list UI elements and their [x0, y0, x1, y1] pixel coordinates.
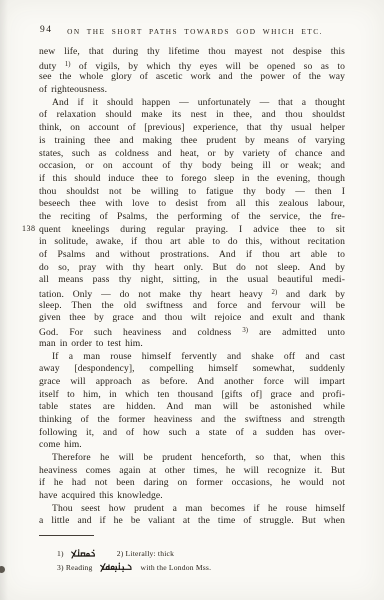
text-line: Thou seest how prudent a man becomes if … [39, 503, 345, 516]
text-line: sleep. Then the old swiftness and force … [39, 300, 345, 313]
footnote-text: with the London Mss. [141, 563, 212, 572]
text-line: of righteousness. [39, 84, 345, 97]
footnote-row: 1)2) Literally: thick [57, 543, 347, 558]
text-line: occasion, or on account of thy body bein… [39, 160, 345, 173]
text-line: thou shouldst not be willing to fatigue … [39, 186, 345, 199]
text-line: new life, that during thy lifetime thou … [39, 46, 345, 59]
page-edge-shadow [0, 0, 8, 600]
text-line: heaviness comes again at other times, he… [39, 465, 345, 478]
text-line: Therefore he will be prudent henceforth,… [39, 452, 345, 465]
footnote-text: 2) Literally: thick [117, 549, 174, 558]
text-line: quent kneelings during regular praying. … [39, 224, 345, 237]
footnote-text: 3) Reading [57, 563, 93, 572]
body-text: new life, that during thy lifetime thou … [39, 46, 345, 528]
book-page: 94 ON THE SHORT PATHS TOWARDS GOD WHICH … [0, 0, 384, 600]
text-line: away [despondency], compelling himself s… [39, 363, 345, 376]
text-line: itself to him, in which ten thousand [gi… [39, 389, 345, 402]
text-line: is training thee and making thee prudent… [39, 135, 345, 148]
text-line: following it, and of how such a state of… [39, 427, 345, 440]
text-line: thinking of the former heaviness and the… [39, 414, 345, 427]
text-line: given thee by grace and thou wilt rejoic… [39, 312, 345, 325]
text-line: duty 1) of vigils, by which thy eyes wil… [39, 59, 345, 72]
footnote-rule [39, 535, 94, 536]
text-line: table states are hidden. And man will be… [39, 401, 345, 414]
text-line: grace will approach as before. And anoth… [39, 376, 345, 389]
text-line: if this should induce thee to forego sle… [39, 173, 345, 186]
footnote-text: 1) [57, 549, 64, 558]
text-line: in solitude, awake, if thou art able to … [39, 236, 345, 249]
text-line: And if it should happen — unfortunately … [39, 97, 345, 110]
text-line: the reciting of Psalms, the performing o… [39, 211, 345, 224]
footnotes: 1)2) Literally: thick3) Readingwith the … [57, 543, 347, 572]
running-title: ON THE SHORT PATHS TOWARDS GOD WHICH ETC… [60, 27, 330, 36]
text-line: beseech thee with love to desist from al… [39, 198, 345, 211]
text-line: do so, pray with thy heart only. But do … [39, 262, 345, 275]
margin-line-number: 138 [22, 224, 36, 233]
text-line: have acquired this knowledge. [39, 490, 345, 503]
text-line: states, such as coldness and heat, or by… [39, 148, 345, 161]
syriac-word-1-icon [71, 549, 97, 559]
syriac-word-2-icon [100, 562, 134, 573]
text-line: come him. [39, 439, 345, 452]
scan-artifact [0, 566, 5, 573]
text-line: of relaxation should make its nest in th… [39, 109, 345, 122]
text-line: God. For such heaviness and coldness 3) … [39, 325, 345, 338]
text-line: if he had not been daring on former occa… [39, 477, 345, 490]
footnote-row: 3) Readingwith the London Mss. [57, 558, 347, 573]
text-line: a little and if he be valiant at the tim… [39, 515, 345, 528]
text-line: think, on account of [previous] experien… [39, 122, 345, 135]
text-line: tation. Only — do not make thy heart hea… [39, 287, 345, 300]
text-line: see the whole glory of ascetic work and … [39, 71, 345, 84]
text-line: all means pass thy night, sitting, in th… [39, 274, 345, 287]
page-number: 94 [40, 25, 53, 35]
text-line: If a man rouse himself fervently and sha… [39, 351, 345, 364]
text-line: of Psalms and without prostrations. And … [39, 249, 345, 262]
text-line: man in order to test him. [39, 338, 345, 351]
